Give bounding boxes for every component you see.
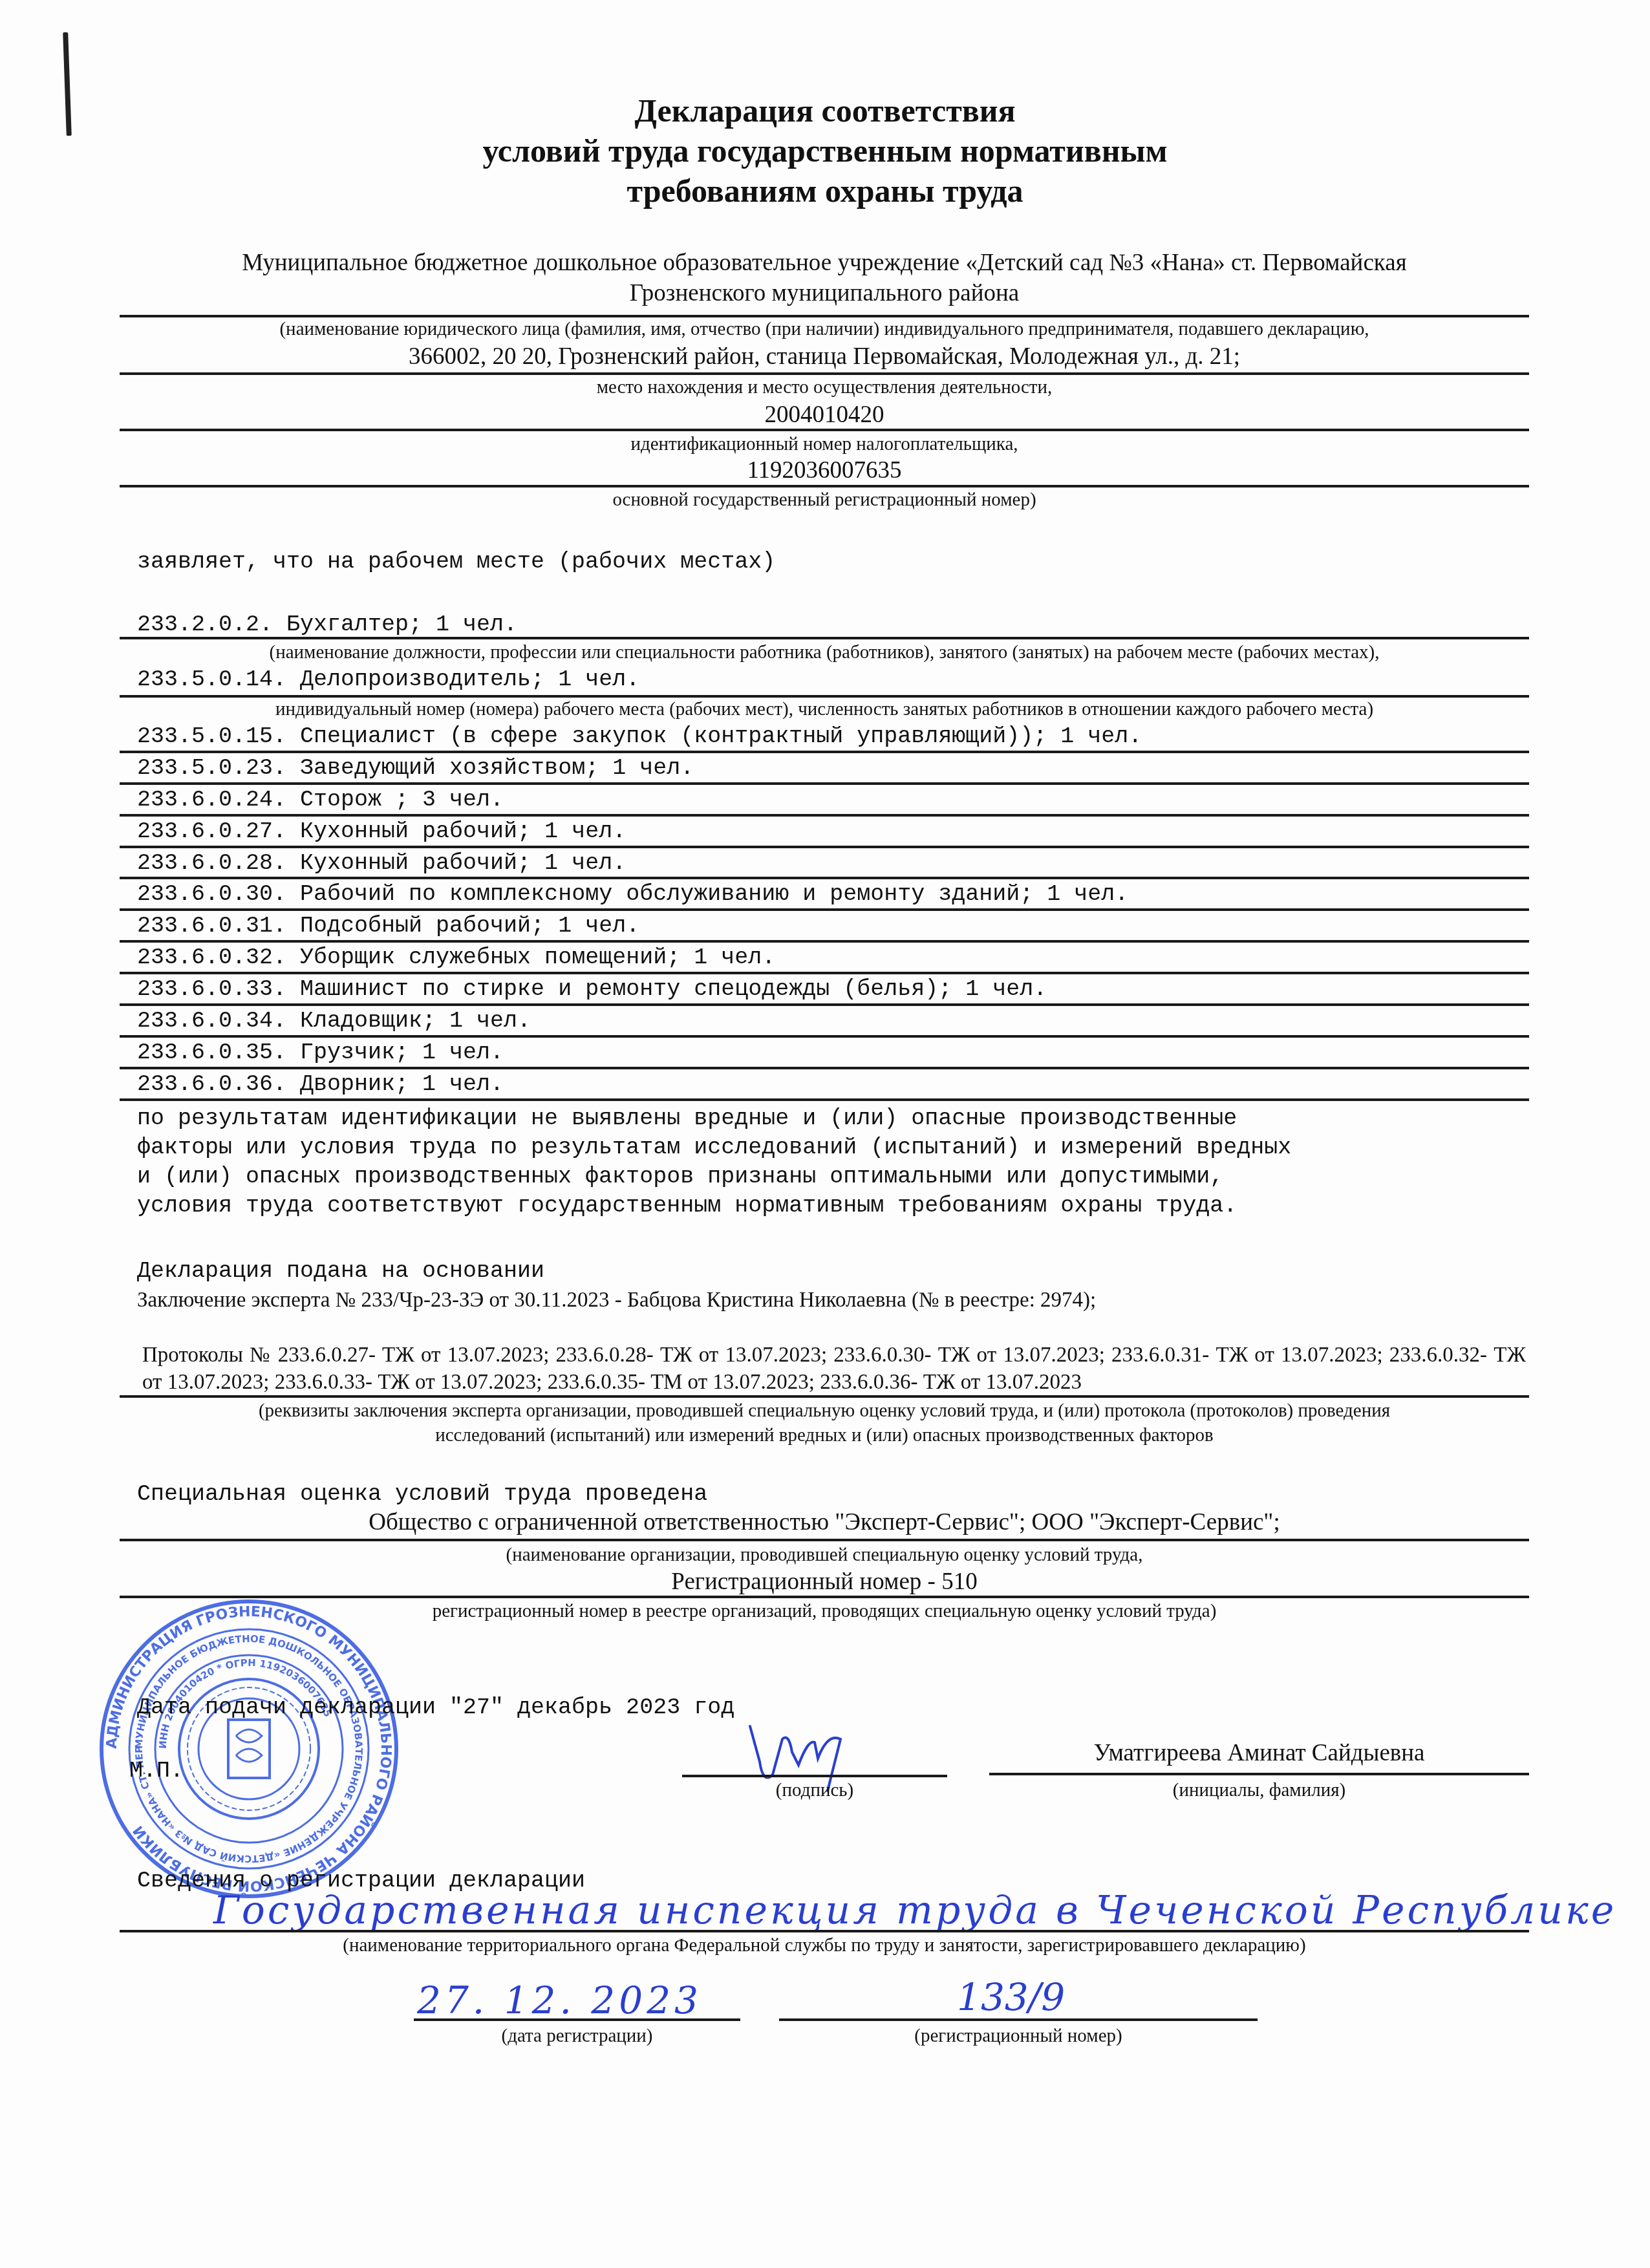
signer-name-line	[989, 1773, 1529, 1775]
declarant-name-line-2: Грозненского муниципального района	[120, 279, 1529, 308]
rule	[120, 695, 1529, 698]
workplace-id: 233.5.0.23.	[137, 755, 286, 781]
workplace-row: 233.5.0.14. Делопроизводитель; 1 чел.	[137, 666, 639, 693]
workplace-title: Заведующий хозяйством; 1 чел.	[300, 755, 694, 781]
workplace-id: 233.6.0.32.	[137, 945, 286, 970]
rule	[120, 1098, 1529, 1101]
workplace-row: 233.6.0.32. Уборщик служебных помещений;…	[137, 944, 775, 971]
rule	[120, 1035, 1529, 1038]
rule	[120, 1539, 1529, 1541]
workplace-row: 233.6.0.24. Сторож ; 3 чел.	[137, 786, 504, 813]
signature-line	[682, 1775, 947, 1777]
assessment-heading: Специальная оценка условий труда проведе…	[137, 1481, 707, 1508]
workplace-caption-1: (наименование должности, профессии или с…	[120, 641, 1529, 663]
workplace-row: 233.6.0.35. Грузчик; 1 чел.	[137, 1039, 504, 1066]
registration-number-caption: (регистрационный номер)	[779, 2025, 1258, 2047]
expert-conclusion: Заключение эксперта № 233/Чр-23-ЗЭ от 30…	[137, 1287, 1096, 1314]
workplace-id: 233.6.0.27.	[137, 818, 286, 844]
rule	[120, 751, 1529, 753]
workplace-id: 233.5.0.14.	[137, 667, 286, 692]
registration-date-handwritten: 27. 12. 2023	[417, 1978, 702, 2022]
workplace-caption-2: индивидуальный номер (номера) рабочего м…	[120, 698, 1529, 720]
address-caption: место нахождения и место осуществления д…	[120, 376, 1529, 398]
rule	[120, 782, 1529, 785]
workplace-row: 233.5.0.23. Заведующий хозяйством; 1 чел…	[137, 754, 694, 782]
workplace-id: 233.6.0.30.	[137, 881, 286, 907]
result-line-1: по результатам идентификации не выявлены…	[137, 1104, 1527, 1133]
workplace-id: 233.6.0.31.	[137, 913, 286, 939]
declarant-name-caption: (наименование юридического лица (фамилия…	[120, 318, 1529, 340]
rule	[120, 637, 1529, 639]
title-line-3: требованиям охраны труда	[0, 171, 1650, 211]
official-stamp: АДМИНИСТРАЦИЯ ГРОЗНЕНСКОГО МУНИЦИПАЛЬНОГ…	[97, 1597, 401, 1901]
rule	[120, 846, 1529, 848]
rule	[120, 1067, 1529, 1069]
workplace-title: Дворник; 1 чел.	[300, 1071, 504, 1097]
seal-label: М.П.	[129, 1757, 184, 1784]
workplace-title: Уборщик служебных помещений; 1 чел.	[300, 945, 775, 970]
workplace-row: 233.6.0.28. Кухонный рабочий; 1 чел.	[137, 850, 626, 877]
workplace-title: Кухонный рабочий; 1 чел.	[300, 818, 626, 844]
registration-number-handwritten: 133/9	[957, 1975, 1065, 2019]
basis-caption-line-1: (реквизиты заключения эксперта организац…	[120, 1400, 1529, 1422]
workplace-row: 233.6.0.27. Кухонный рабочий; 1 чел.	[137, 818, 626, 845]
rule	[120, 940, 1529, 943]
rule	[120, 315, 1529, 317]
workplace-row: 233.6.0.31. Подсобный рабочий; 1 чел.	[137, 912, 639, 939]
workplace-title: Рабочий по комплексному обслуживанию и р…	[300, 881, 1128, 907]
workplace-id: 233.6.0.36.	[137, 1071, 286, 1097]
result-paragraph: по результатам идентификации не выявлены…	[137, 1104, 1527, 1221]
rule	[120, 972, 1529, 974]
title-line-2: условий труда государственным нормативны…	[0, 131, 1650, 171]
workplace-title: Сторож ; 3 чел.	[300, 787, 504, 813]
result-line-2: факторы или условия труда по результатам…	[137, 1133, 1527, 1162]
declarant-inn: 2004010420	[120, 401, 1529, 429]
workplace-id: 233.6.0.34.	[137, 1008, 286, 1034]
basis-caption-line-2: исследований (испытаний) или измерений в…	[120, 1424, 1529, 1446]
registration-authority-handwritten: Государственная инспекция труда в Чеченс…	[213, 1888, 1616, 1933]
signer-caption: (инициалы, фамилия)	[989, 1779, 1529, 1801]
basis-heading: Декларация подана на основании	[137, 1257, 544, 1285]
workplace-title: Кухонный рабочий; 1 чел.	[300, 850, 626, 876]
workplace-row: 233.6.0.30. Рабочий по комплексному обсл…	[137, 881, 1128, 908]
declaration-page: Декларация соответствия условий труда го…	[0, 0, 1650, 2268]
workplace-row: 233.5.0.15. Специалист (в сфере закупок …	[137, 723, 1142, 750]
workplace-row: 233.6.0.36. Дворник; 1 чел.	[137, 1071, 504, 1098]
workplace-title: Кладовщик; 1 чел.	[300, 1008, 531, 1034]
workplace-title: Машинист по стирке и ремонту спецодежды …	[300, 976, 1047, 1002]
workplace-title: Бухгалтер; 1 чел.	[286, 612, 517, 637]
protocols-list: Протоколы № 233.6.0.27- ТЖ от 13.07.2023…	[142, 1342, 1526, 1396]
workplace-id: 233.5.0.15.	[137, 723, 286, 749]
result-line-4: условия труда соответствуют государствен…	[137, 1192, 1527, 1221]
workplace-id: 233.6.0.28.	[137, 850, 286, 876]
workplace-id: 233.6.0.35.	[137, 1040, 286, 1065]
workplace-title: Делопроизводитель; 1 чел.	[300, 667, 639, 692]
rule	[120, 372, 1529, 375]
organization-caption: (наименование организации, проводившей с…	[120, 1544, 1529, 1566]
rule	[120, 429, 1529, 431]
document-title: Декларация соответствия условий труда го…	[0, 91, 1650, 211]
registration-authority-caption: (наименование территориального органа Фе…	[120, 1934, 1529, 1956]
declarant-name-line-1: Муниципальное бюджетное дошкольное образ…	[120, 249, 1529, 277]
result-line-3: и (или) опасных производственных факторо…	[137, 1162, 1527, 1192]
workplace-id: 233.2.0.2.	[137, 612, 273, 637]
workplace-row: 233.6.0.34. Кладовщик; 1 чел.	[137, 1007, 531, 1034]
declares-text: заявляет, что на рабочем месте (рабочих …	[137, 548, 775, 575]
workplace-id: 233.6.0.33.	[137, 976, 286, 1002]
rule	[120, 1930, 1529, 1932]
workplace-row: 233.2.0.2. Бухгалтер; 1 чел.	[137, 611, 517, 638]
signer-name: Уматгиреева Аминат Сайдыевна	[989, 1739, 1529, 1768]
rule	[120, 1003, 1529, 1006]
submission-date: Дата подачи декларации "27" декабрь 2023…	[137, 1694, 734, 1721]
rule	[120, 877, 1529, 879]
workplace-title: Подсобный рабочий; 1 чел.	[300, 913, 639, 939]
rule	[120, 485, 1529, 487]
workplace-id: 233.6.0.24.	[137, 787, 286, 813]
rule	[120, 1395, 1529, 1398]
assessment-reg-number: Регистрационный номер - 510	[120, 1568, 1529, 1596]
registration-date-line	[414, 2018, 740, 2021]
inn-caption: идентификационный номер налогоплательщик…	[120, 433, 1529, 455]
rule	[120, 814, 1529, 817]
registration-date-caption: (дата регистрации)	[414, 2025, 740, 2047]
workplace-title: Грузчик; 1 чел.	[300, 1040, 504, 1065]
declarant-ogrn: 1192036007635	[120, 456, 1529, 485]
workplace-row: 233.6.0.33. Машинист по стирке и ремонту…	[137, 976, 1047, 1003]
workplace-title: Специалист (в сфере закупок (контрактный…	[300, 723, 1142, 749]
registration-number-line	[779, 2018, 1258, 2021]
declarant-address: 366002, 20 20, Грозненский район, станиц…	[120, 343, 1529, 371]
rule	[120, 908, 1529, 911]
assessment-organization: Общество с ограниченной ответственностью…	[120, 1508, 1529, 1537]
title-line-1: Декларация соответствия	[0, 91, 1650, 131]
signature-caption: (подпись)	[682, 1779, 947, 1801]
ogrn-caption: основной государственный регистрационный…	[120, 489, 1529, 511]
